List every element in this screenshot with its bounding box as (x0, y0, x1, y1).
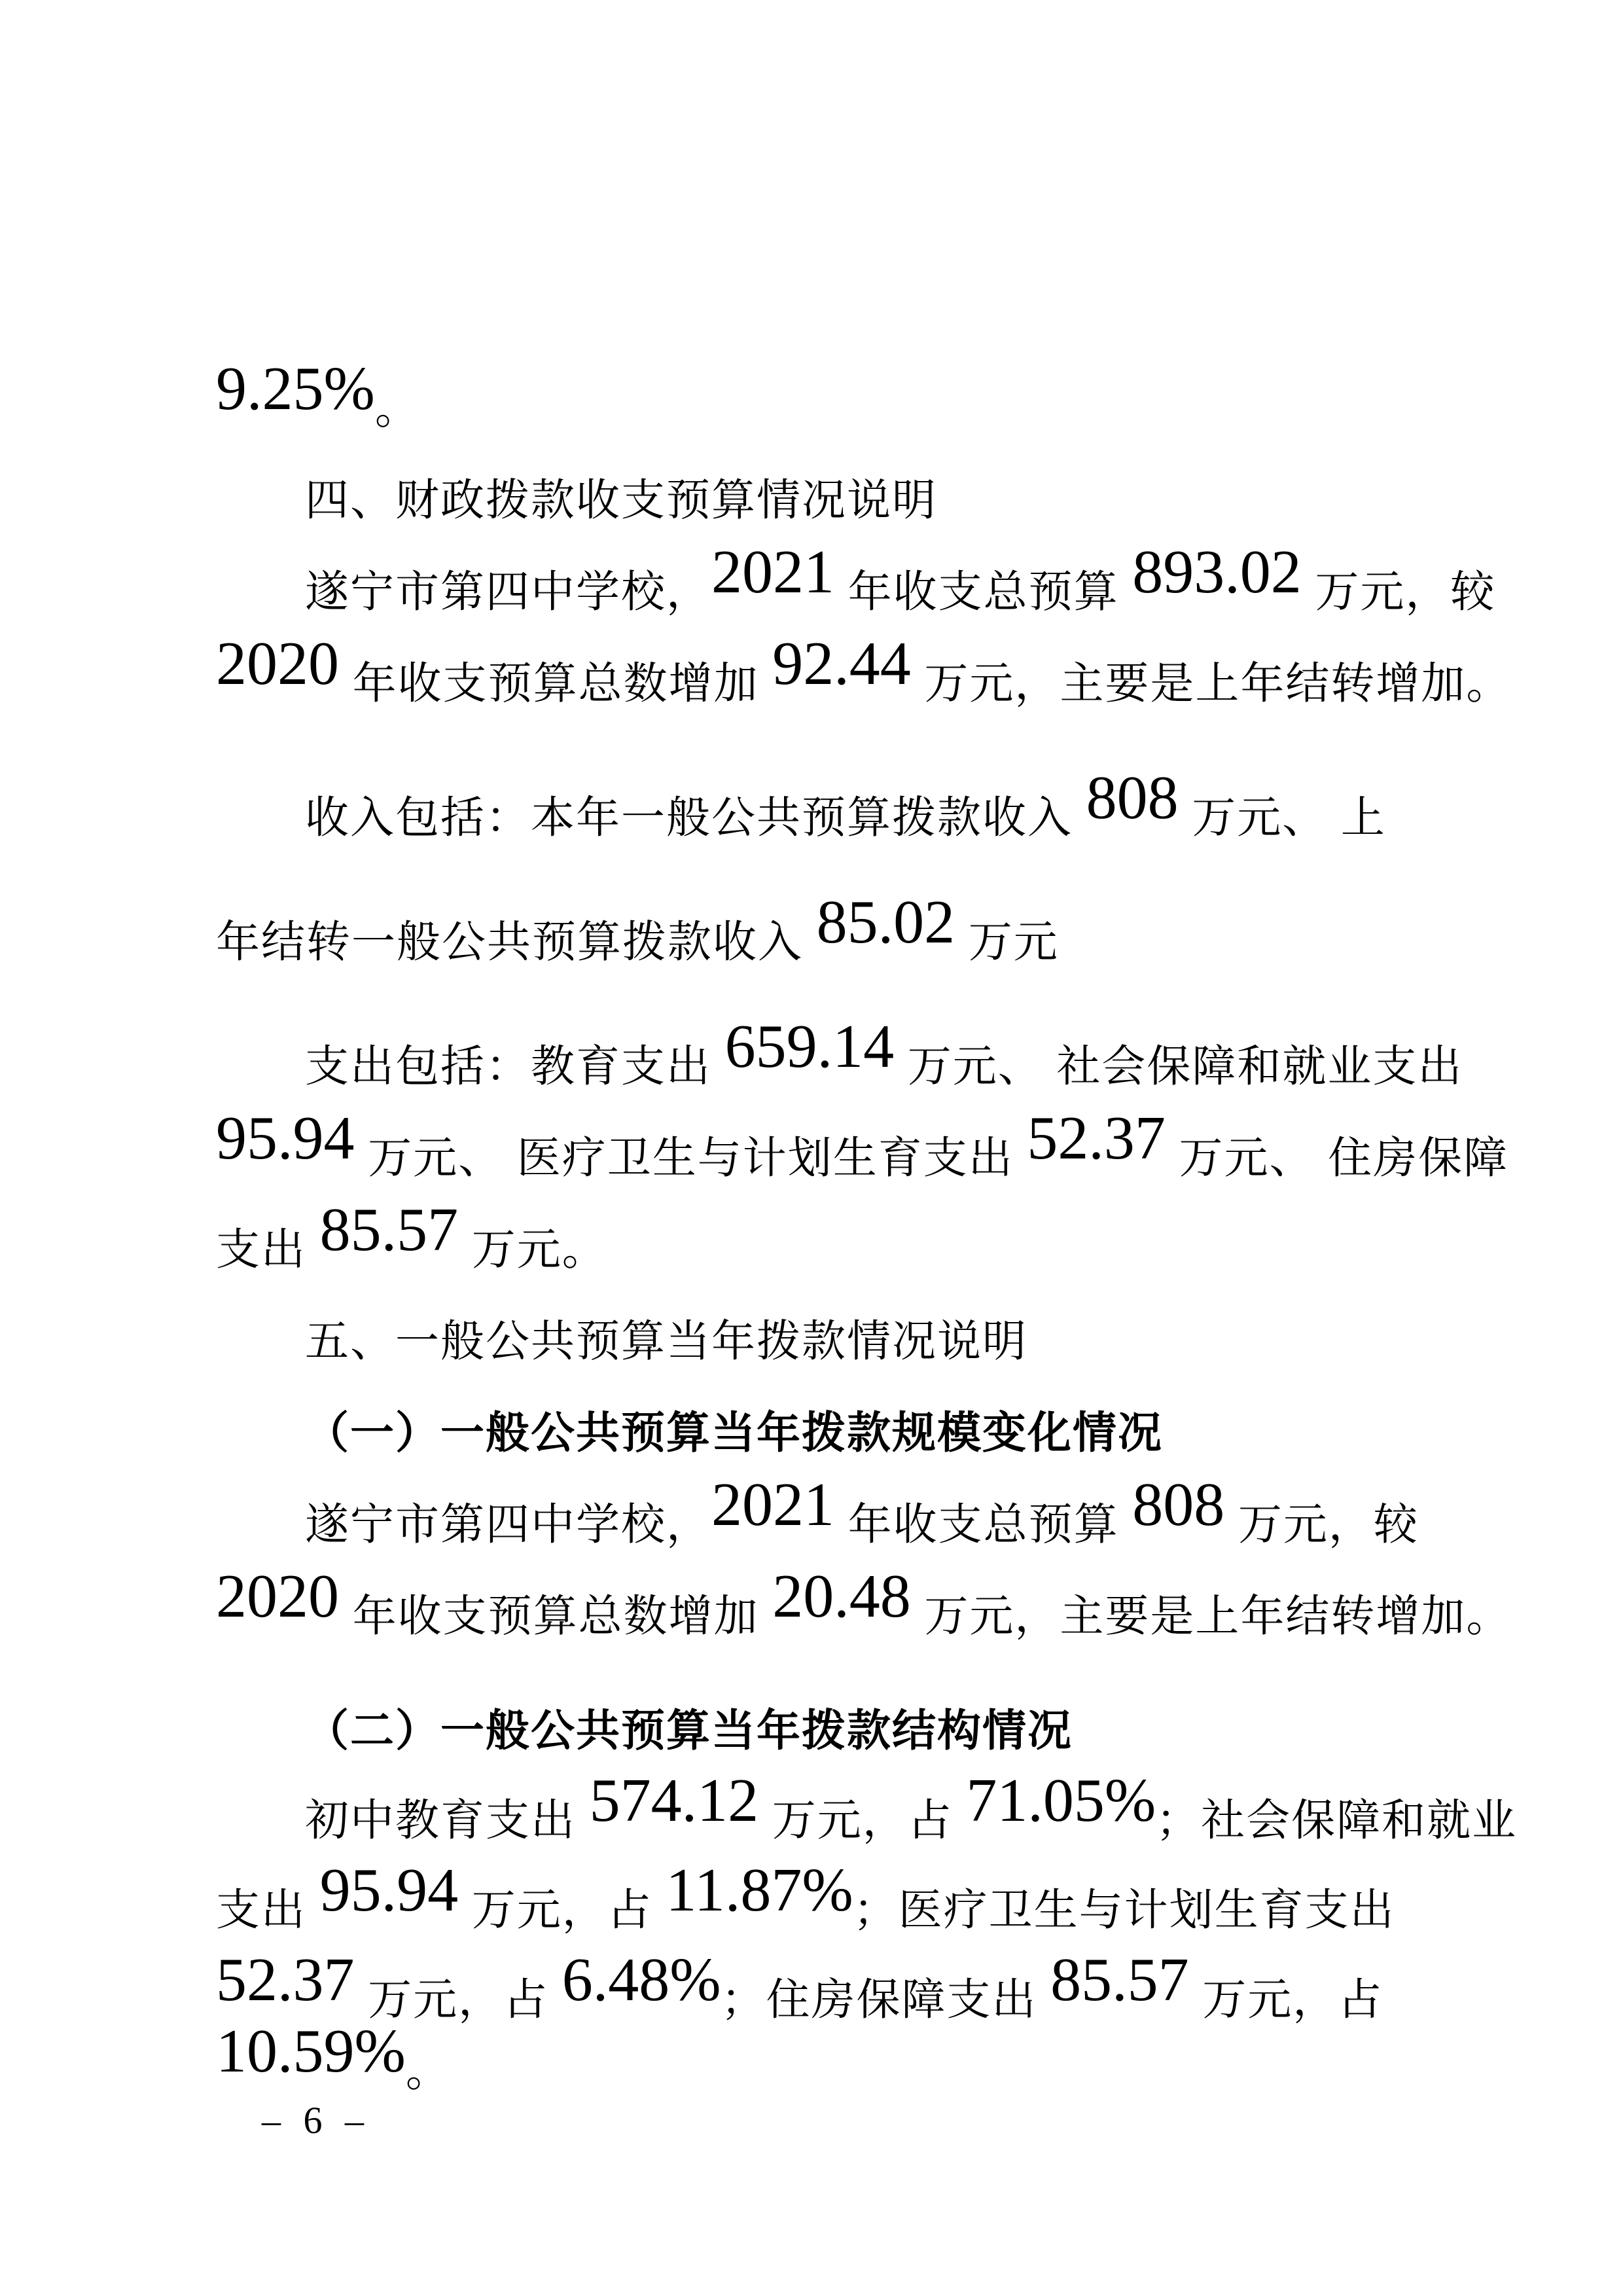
cjk-text: 万元，占 (1189, 1975, 1383, 2024)
cjk-text: （二）一般公共预算当年拨款结构情况 (305, 1706, 1073, 1755)
subsection-two-heading: （二）一般公共预算当年拨款结构情况 (216, 1685, 1427, 1777)
allocation-structure-line-4: 10.59%。 (216, 2026, 1427, 2117)
numeric-value: 85.02 (817, 888, 955, 956)
numeric-value: 659.14 (725, 1013, 895, 1081)
cjk-text: 万元、 医疗卫生与计划生育支出 (355, 1134, 1027, 1183)
cjk-text: 。 (406, 2047, 451, 2096)
carryover-percent-line: 9.25%。 (216, 363, 1427, 455)
cjk-text: 年结转一般公共预算拨款收入 (216, 918, 817, 967)
cjk-text: 支出 (216, 1225, 320, 1274)
cjk-text: ；住房保障支出 (721, 1975, 1051, 2024)
numeric-value: 10.59% (216, 2017, 406, 2085)
numeric-value: 2021 (711, 538, 834, 606)
numeric-value: 52.37 (216, 1946, 355, 2014)
cjk-text: 支出 (216, 1886, 320, 1935)
cjk-text: 。 (375, 384, 420, 433)
expenditure-line-1: 支出包括：教育支出 659.14 万元、 社会保障和就业支出 (216, 1021, 1427, 1113)
numeric-value: 85.57 (320, 1196, 459, 1264)
numeric-value: 574.12 (590, 1767, 759, 1835)
numeric-value: 808 (1086, 764, 1179, 832)
numeric-value: 2021 (711, 1471, 834, 1539)
cjk-text: 万元，占 (758, 1796, 966, 1845)
expenditure-line-3: 支出 85.57 万元。 (216, 1204, 1427, 1296)
cjk-text: 年收支总预算 (834, 1500, 1132, 1549)
cjk-text: 万元，占 (458, 1886, 666, 1935)
expenditure-line-2: 95.94 万元、 医疗卫生与计划生育支出 52.37 万元、 住房保障 (216, 1113, 1427, 1204)
cjk-text: 万元，主要是上年结转增加。 (911, 1592, 1512, 1641)
fiscal-budget-line-1: 遂宁市第四中学校，2021 年收支总预算 893.02 万元，较 (216, 547, 1427, 638)
cjk-text: 万元，较 (1224, 1500, 1419, 1549)
allocation-scale-line-1: 遂宁市第四中学校，2021 年收支总预算 808 万元，较 (216, 1479, 1427, 1571)
cjk-text: 年收支预算总数增加 (339, 1592, 772, 1641)
cjk-text: 支出包括：教育支出 (305, 1042, 725, 1091)
numeric-value: 808 (1132, 1471, 1224, 1539)
allocation-structure-line-2: 支出 95.94 万元，占 11.87%；医疗卫生与计划生育支出 (216, 1865, 1427, 1956)
cjk-text: 万元 (955, 918, 1059, 967)
document-page: 9.25%。 四、财政拨款收支预算情况说明 遂宁市第四中学校，2021 年收支总… (0, 0, 1623, 2296)
cjk-text: 万元，主要是上年结转增加。 (911, 659, 1512, 708)
cjk-text: 四、财政拨款收支预算情况说明 (305, 476, 937, 525)
cjk-text: 年收支总预算 (834, 567, 1132, 617)
cjk-text: 遂宁市第四中学校， (305, 1500, 711, 1549)
numeric-value: 20.48 (772, 1562, 911, 1630)
allocation-structure-line-1: 初中教育支出 574.12 万元，占 71.05%；社会保障和就业 (216, 1775, 1427, 1867)
cjk-text: 万元，较 (1302, 567, 1496, 617)
numeric-value: 2020 (216, 1562, 339, 1630)
numeric-value: 9.25% (216, 355, 375, 423)
cjk-text: （一）一般公共预算当年拨款规模变化情况 (305, 1408, 1163, 1458)
cjk-text: 年收支预算总数增加 (339, 659, 772, 708)
cjk-text: 初中教育支出 (305, 1796, 590, 1845)
numeric-value: 95.94 (216, 1104, 355, 1172)
cjk-text: 五、一般公共预算当年拨款情况说明 (305, 1317, 1027, 1366)
cjk-text: 遂宁市第四中学校， (305, 567, 711, 617)
income-line-2: 年结转一般公共预算拨款收入 85.02 万元 (216, 897, 1427, 988)
numeric-value: 6.48% (562, 1946, 721, 2014)
cjk-text: 收入包括：本年一般公共预算拨款收入 (305, 793, 1086, 842)
cjk-text: 万元、 住房保障 (1166, 1134, 1508, 1183)
cjk-text: ；医疗卫生与计划生育支出 (853, 1886, 1395, 1935)
fiscal-budget-line-2: 2020 年收支预算总数增加 92.44 万元，主要是上年结转增加。 (216, 638, 1427, 730)
numeric-value: 85.57 (1050, 1946, 1189, 2014)
numeric-value: 11.87% (666, 1856, 853, 1924)
cjk-text: ；社会保障和就业 (1156, 1796, 1517, 1845)
cjk-text: 万元、 上 (1179, 793, 1386, 842)
income-line-1: 收入包括：本年一般公共预算拨款收入 808 万元、 上 (216, 772, 1427, 864)
section-five-heading: 五、一般公共预算当年拨款情况说明 (216, 1296, 1427, 1388)
numeric-value: 893.02 (1132, 538, 1302, 606)
page-number-footer: – 6 – (262, 2091, 370, 2150)
numeric-value: 71.05% (966, 1767, 1156, 1835)
subsection-one-heading: （一）一般公共预算当年拨款规模变化情况 (216, 1388, 1427, 1479)
numeric-value: 95.94 (320, 1856, 459, 1924)
cjk-text: 万元。 (458, 1225, 607, 1274)
allocation-scale-line-2: 2020 年收支预算总数增加 20.48 万元，主要是上年结转增加。 (216, 1571, 1427, 1662)
numeric-value: 92.44 (772, 630, 911, 698)
section-four-heading: 四、财政拨款收支预算情况说明 (216, 455, 1427, 547)
cjk-text: 万元、 社会保障和就业支出 (894, 1042, 1463, 1091)
numeric-value: 2020 (216, 630, 339, 698)
numeric-value: 52.37 (1027, 1104, 1166, 1172)
